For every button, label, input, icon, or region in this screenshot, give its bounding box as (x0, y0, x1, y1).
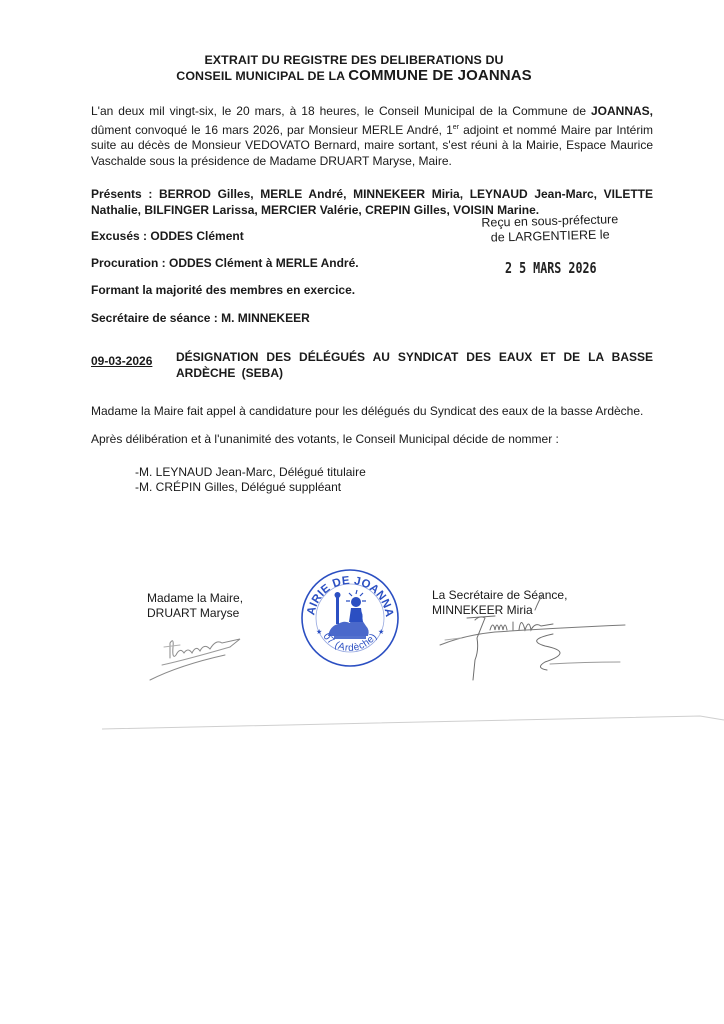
header-commune: COMMUNE DE JOANNAS (348, 67, 531, 84)
signature-role: Madame la Maire, (147, 591, 243, 606)
signature-block-mayor: Madame la Maire, DRUART Maryse (147, 591, 243, 621)
deliberation-paragraph-1: Madame la Maire fait appel à candidature… (91, 404, 643, 418)
seal-top-text: MAIRIE DE JOANNAS (300, 568, 395, 618)
majorite-line: Formant la majorité des membres en exerc… (91, 283, 355, 297)
intro-commune: JOANNAS, (591, 104, 653, 118)
svg-text:★: ★ (316, 628, 322, 636)
secretaire-line: Secrétaire de séance : M. MINNEKEER (91, 311, 310, 325)
deliberation-title: DÉSIGNATION DES DÉLÉGUÉS AU SYNDICAT DES… (176, 350, 653, 381)
signature-name: DRUART Maryse (147, 606, 243, 621)
delegate-item: -M. CRÉPIN Gilles, Délégué suppléant (135, 480, 341, 494)
header-line-1: EXTRAIT DU REGISTRE DES DELIBERATIONS DU (0, 52, 716, 68)
intro-paragraph: L'an deux mil vingt-six, le 20 mars, à 1… (91, 104, 653, 169)
scan-artifact-line (0, 700, 724, 740)
svg-text:MAIRIE DE JOANNAS: MAIRIE DE JOANNAS (300, 568, 395, 618)
excuses-line: Excusés : ODDES Clément (91, 229, 244, 243)
deliberation-paragraph-2: Après délibération et à l'unanimité des … (91, 432, 559, 446)
svg-text:★: ★ (378, 628, 384, 636)
procuration-line: Procuration : ODDES Clément à MERLE Andr… (91, 256, 359, 270)
reception-stamp: Reçu en sous-préfecture de LARGENTIERE l… (470, 212, 631, 246)
reception-stamp-date: 2 5 MARS 2026 (505, 259, 597, 277)
delegate-item: -M. LEYNAUD Jean-Marc, Délégué titulaire (135, 465, 366, 479)
document-page: EXTRAIT DU REGISTRE DES DELIBERATIONS DU… (0, 0, 724, 1024)
intro-text-1: L'an deux mil vingt-six, le 20 mars, à 1… (91, 104, 591, 118)
intro-text-2: dûment convoqué le 16 mars 2026, par Mon… (91, 123, 453, 137)
header-line-2: CONSEIL MUNICIPAL DE LA COMMUNE DE JOANN… (0, 68, 716, 84)
deliberation-number: 09-03-2026 (91, 354, 152, 368)
mairie-seal-icon: MAIRIE DE JOANNAS 07 (Ardèche) ★ ★ (300, 568, 400, 668)
reception-stamp-line-2: de LARGENTIERE le (470, 227, 630, 246)
header-line-2-prefix: CONSEIL MUNICIPAL DE LA (176, 69, 348, 83)
secretary-signature-icon (435, 590, 635, 685)
mayor-signature-icon (140, 625, 260, 690)
